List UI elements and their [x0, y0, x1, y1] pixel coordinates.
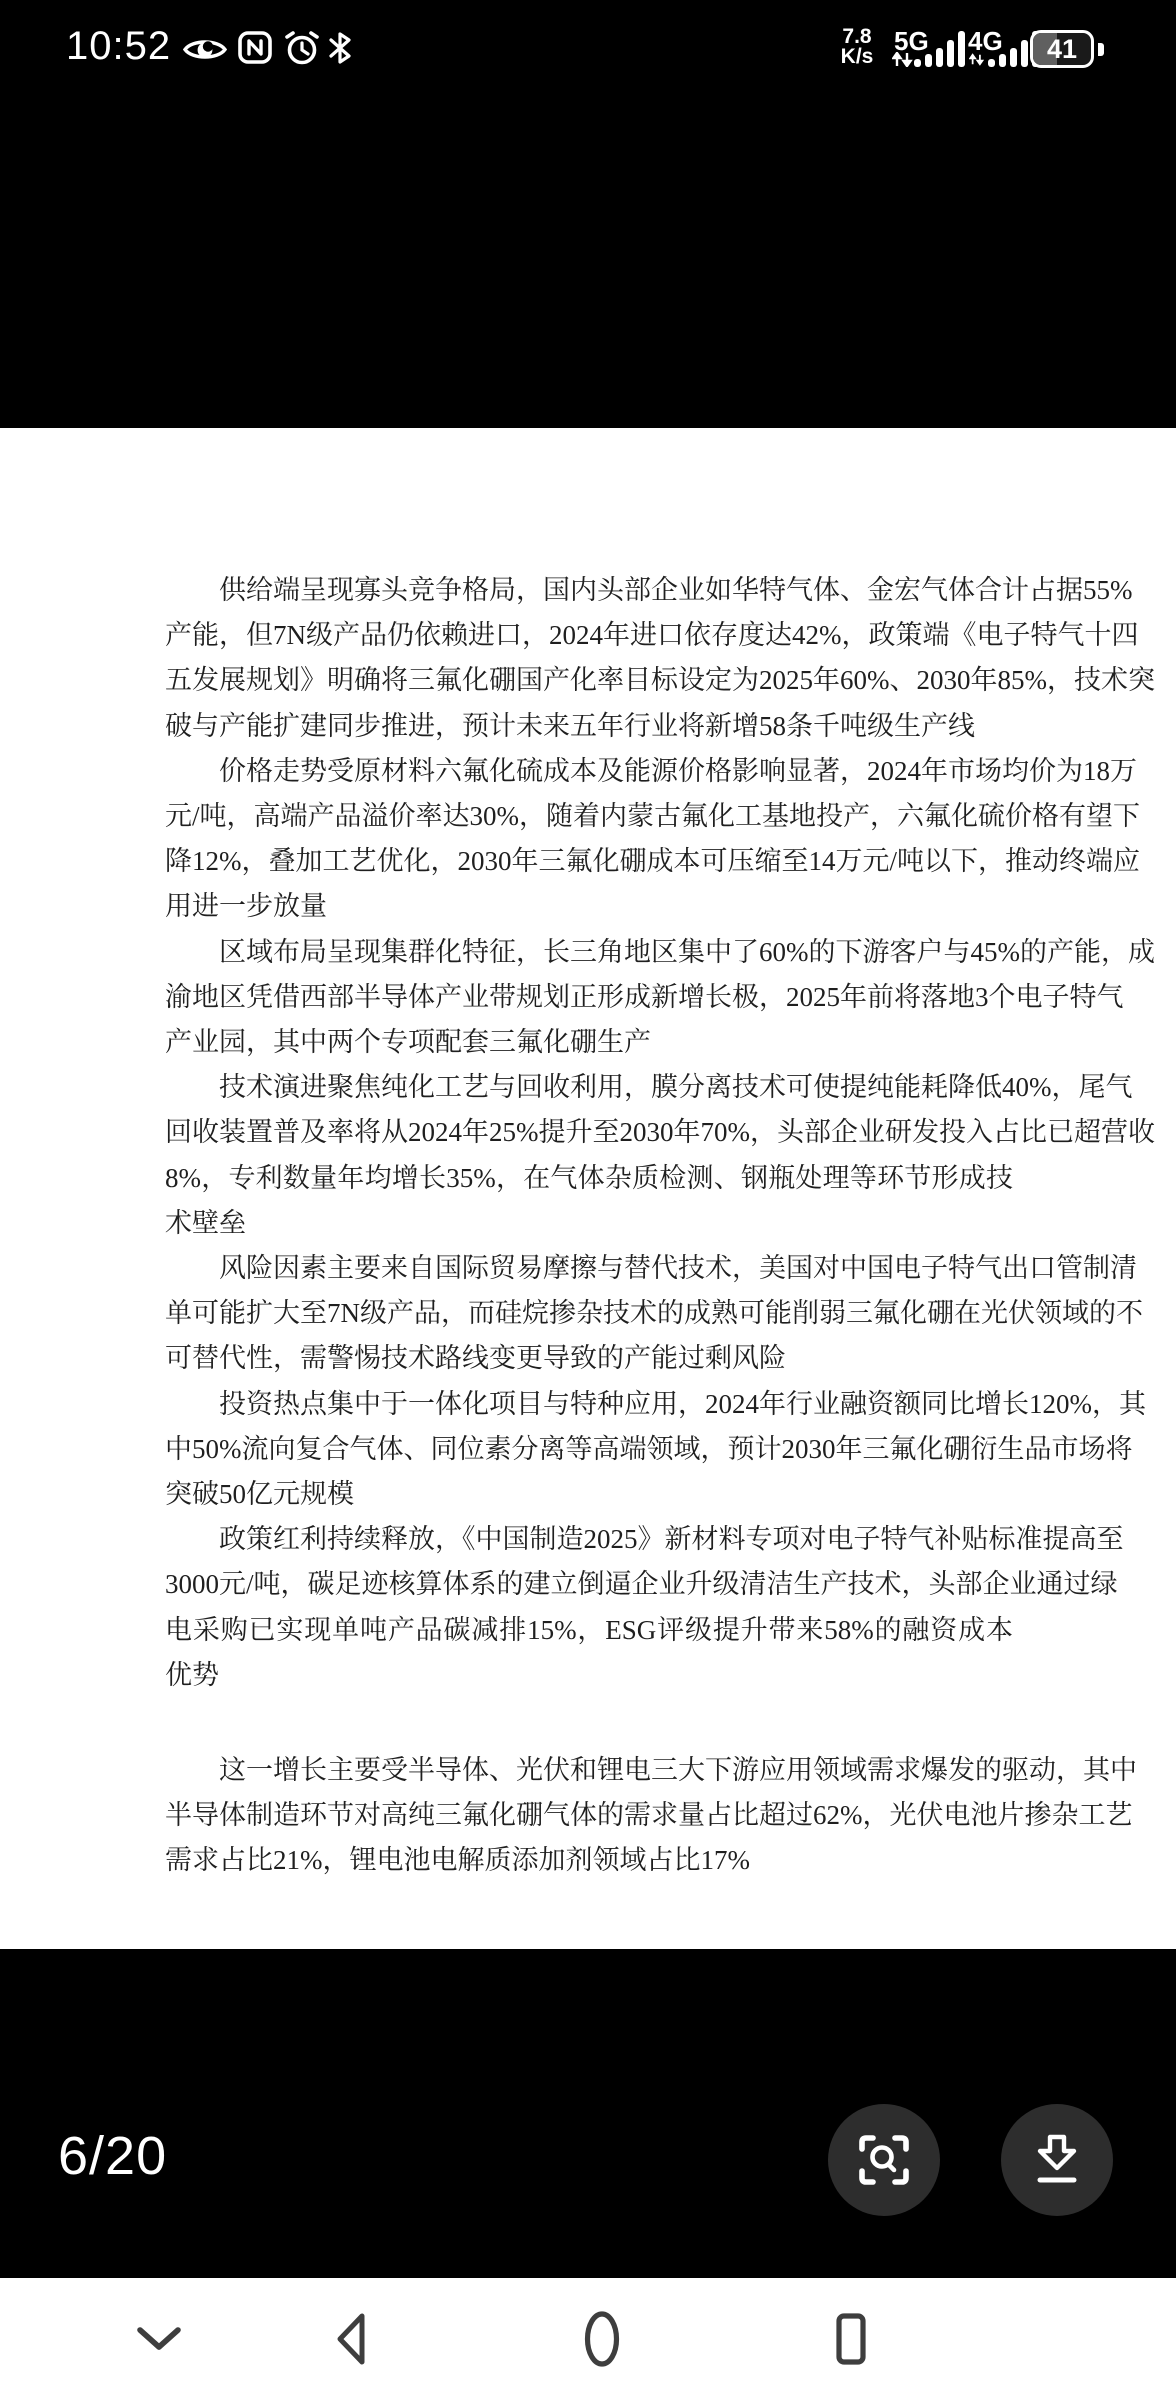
scan-search-button[interactable]: [828, 2104, 940, 2216]
download-icon: [1026, 2129, 1088, 2191]
document-text-line: 技术演进聚焦纯化工艺与回收利用，膜分离技术可使提纯能耗降低40%，尾气: [165, 1065, 1013, 1110]
hide-nav-chevron-down-icon[interactable]: [136, 2326, 182, 2352]
document-paragraph: 这一增长主要受半导体、光伏和锂电三大下游应用领域需求爆发的驱动，其中半导体制造环…: [165, 1748, 1013, 1884]
document-paragraph: 价格走势受原材料六氟化硫成本及能源价格影响显著，2024年市场均价为18万元/吨…: [165, 749, 1013, 930]
document-page-image[interactable]: 供给端呈现寡头竞争格局，国内头部企业如华特气体、金宏气体合计占据55%产能，但7…: [0, 428, 1176, 1949]
document-text-line: 五发展规划》明确将三氟化硼国产化率目标设定为2025年60%、2030年85%，…: [165, 658, 1013, 703]
battery-indicator: 41: [1030, 30, 1094, 68]
viewer-bottom-bar: 6/20: [0, 1949, 1176, 2278]
document-text-line: 元/吨，高端产品溢价率达30%，随着内蒙古氟化工基地投产，六氟化硫价格有望下: [165, 794, 1013, 839]
document-paragraph: 投资热点集中于一体化项目与特种应用，2024年行业融资额同比增长120%，其中5…: [165, 1382, 1013, 1518]
document-text-line: 风险因素主要来自国际贸易摩擦与替代技术，美国对中国电子特气出口管制清: [165, 1246, 1013, 1291]
back-button-icon[interactable]: [336, 2312, 366, 2366]
document-text-line: 可替代性，需警惕技术路线变更导致的产能过剩风险: [165, 1336, 1013, 1381]
battery-percent: 41: [1033, 33, 1091, 65]
download-button[interactable]: [1001, 2104, 1113, 2216]
document-paragraph: 区域布局呈现集群化特征，长三角地区集中了60%的下游客户与45%的产能，成渝地区…: [165, 930, 1013, 1066]
document-text-line: 单可能扩大至7N级产品，而硅烷掺杂技术的成熟可能削弱三氟化硼在光伏领域的不: [165, 1291, 1013, 1336]
home-button-icon[interactable]: [584, 2310, 620, 2368]
document-text-line: 这一增长主要受半导体、光伏和锂电三大下游应用领域需求爆发的驱动，其中: [165, 1748, 1013, 1793]
network-speed: 7.8 K/s: [830, 27, 884, 67]
document-text-line: 产能，但7N级产品仍依赖进口，2024年进口依存度达42%，政策端《电子特气十四: [165, 613, 1013, 658]
data-arrows-icon: [892, 52, 914, 67]
network-speed-value: 7.8: [830, 27, 884, 47]
eye-icon: [182, 36, 228, 63]
scan-search-icon: [853, 2129, 915, 2191]
document-paragraph: 风险因素主要来自国际贸易摩擦与替代技术，美国对中国电子特气出口管制清单可能扩大至…: [165, 1246, 1013, 1382]
document-text-line: 用进一步放量: [165, 884, 1013, 929]
recents-button-icon[interactable]: [835, 2312, 867, 2366]
document-text-line: 中50%流向复合气体、同位素分离等高端领域，预计2030年三氟化硼衍生品市场将: [165, 1427, 1013, 1472]
document-text-line: 政策红利持续释放，《中国制造2025》新材料专项对电子特气补贴标准提高至: [165, 1517, 1013, 1562]
document-paragraph: 政策红利持续释放，《中国制造2025》新材料专项对电子特气补贴标准提高至3000…: [165, 1517, 1013, 1698]
document-text-line: 回收装置普及率将从2024年25%提升至2030年70%，头部企业研发投入占比已…: [165, 1110, 1013, 1155]
system-nav-bar: [0, 2278, 1176, 2400]
signal-bars-5g-icon: [914, 29, 966, 67]
document-text-line: 区域布局呈现集群化特征，长三角地区集中了60%的下游客户与45%的产能，成: [165, 930, 1013, 975]
page-indicator: 6/20: [58, 2125, 167, 2187]
document-text-line: 渝地区凭借西部半导体产业带规划正形成新增长极，2025年前将落地3个电子特气: [165, 975, 1013, 1020]
document-paragraph: 技术演进聚焦纯化工艺与回收利用，膜分离技术可使提纯能耗降低40%，尾气回收装置普…: [165, 1065, 1013, 1246]
battery-cap: [1098, 43, 1104, 56]
document-text-line: 需求占比21%，锂电池电解质添加剂领域占比17%: [165, 1838, 1013, 1883]
nfc-icon: [238, 31, 272, 64]
alarm-icon: [281, 30, 323, 66]
document-paragraph: 供给端呈现寡头竞争格局，国内头部企业如华特气体、金宏气体合计占据55%产能，但7…: [165, 568, 1013, 749]
document-text-line: 供给端呈现寡头竞争格局，国内头部企业如华特气体、金宏气体合计占据55%: [165, 568, 1013, 613]
bluetooth-icon: [327, 31, 353, 65]
document-text-line: 半导体制造环节对高纯三氟化硼气体的需求量占比超过62%，光伏电池片掺杂工艺: [165, 1793, 1013, 1838]
document-text-line: 投资热点集中于一体化项目与特种应用，2024年行业融资额同比增长120%，其: [165, 1382, 1013, 1427]
document-text-line: 突破50亿元规模: [165, 1472, 1013, 1517]
status-time: 10:52: [66, 24, 171, 69]
document-text-line: 降12%，叠加工艺优化，2030年三氟化硼成本可压缩至14万元/吨以下，推动终端…: [165, 839, 1013, 884]
document-text-block: 供给端呈现寡头竞争格局，国内头部企业如华特气体、金宏气体合计占据55%产能，但7…: [165, 568, 1013, 1884]
document-text-line: 3000元/吨，碳足迹核算体系的建立倒逼企业升级清洁生产技术，头部企业通过绿: [165, 1562, 1013, 1607]
data-arrows-2-icon: [969, 52, 985, 67]
document-text-line: 电采购已实现单吨产品碳减排15%，ESG评级提升带来58%的融资成本优势: [165, 1608, 1013, 1698]
network-speed-unit: K/s: [830, 47, 884, 67]
document-text-line: 价格走势受原材料六氟化硫成本及能源价格影响显著，2024年市场均价为18万: [165, 749, 1013, 794]
document-text-line: 破与产能扩建同步推进，预计未来五年行业将新增58条千吨级生产线: [165, 704, 1013, 749]
document-text-line: 8%，专利数量年均增长35%，在气体杂质检测、钢瓶处理等环节形成技术壁垒: [165, 1156, 1013, 1246]
document-text-line: 产业园，其中两个专项配套三氟化硼生产: [165, 1020, 1013, 1065]
status-bar: 10:52 7.8 K/s 5G 4G: [0, 0, 1176, 90]
